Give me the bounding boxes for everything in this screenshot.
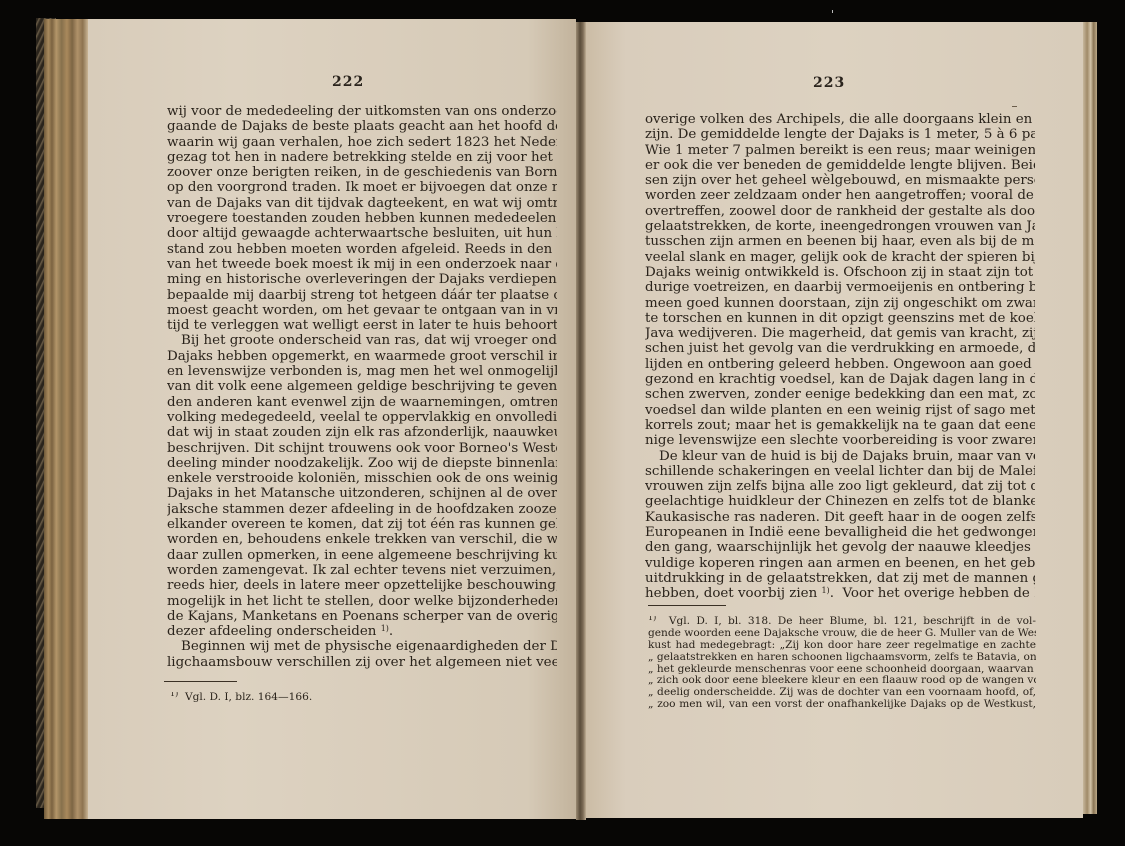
text-line: tusschen zijn armen en beenen bij haar, … [645,234,1035,249]
text-line: den gang, waarschijnlijk het gevolg der … [645,540,1035,555]
paper-speck [832,10,833,13]
text-line: waarin wij gaan verhalen, hoe zich seder… [167,135,557,150]
text-line: schen zwerven, zonder eenige bedekking d… [645,387,1035,402]
footnote-text: Vgl. D. I, bl. 318. De heer Blume, bl. 1… [669,616,1036,627]
footnote-line: 1) Vgl. D. I, bl. 318. De heer Blume, bl… [648,616,1036,628]
footnote-line: „ gelaatstrekken en haren schoonen ligch… [648,652,1036,664]
page-edges-right [1083,22,1097,814]
text-line: overige volken des Archipels, die alle d… [645,112,1035,127]
footnote-line: 1) Vgl. D. I, blz. 164—166. [170,692,370,704]
text-line: door altijd gewaagde achterwaartsche bes… [167,226,557,241]
footnote-line: kust had medegebragt: „Zij kon door hare… [648,640,1036,652]
text-line: op den voorgrond traden. Ik moet er bijv… [167,180,557,195]
text-line: meen goed kunnen doorstaan, zijn zij ong… [645,296,1035,311]
footnote-marker: 1) [648,616,656,622]
text-line: worden zeer zeldzaam onder hen aangetrof… [645,188,1035,203]
footnote-divider [648,605,726,606]
right-footnote: 1) Vgl. D. I, bl. 318. De heer Blume, bl… [648,616,1036,711]
text-line: er ook die ver beneden de gemiddelde len… [645,158,1035,173]
right-page-body: overige volken des Archipels, die alle d… [645,112,1035,602]
text-line: volking medegedeeld, veelal te oppervlak… [167,410,557,425]
footnote-line: „ zoo men wil, van een vorst der onafhan… [648,699,1036,711]
text-line: Bij het groote onderscheid van ras, dat … [167,333,557,348]
footnote-marker: 1) [170,692,178,698]
page-number-right: 223 [813,75,845,91]
text-line: enkele verstrooide koloniën, misschien o… [167,471,557,486]
text-line: te torschen en kunnen in dit opzigt geen… [645,311,1035,326]
text-line: van het tweede boek moest ik mij in een … [167,257,557,272]
text-line: elkander overeen te komen, dat zij tot é… [167,517,557,532]
text-line: Europeanen in Indië eene bevalligheid di… [645,525,1035,540]
text-segment: hebben, doet voorbij zien [645,586,817,601]
paper-speck [1012,106,1017,107]
text-line: De kleur van de huid is bij de Dajaks br… [645,449,1035,464]
text-line: dezer afdeeling onderscheiden 1). [167,624,557,639]
text-line: den anderen kant evenwel zijn de waarnem… [167,395,557,410]
text-segment: Voor het overige hebben de Dajaks [842,586,1035,601]
text-segment: . [389,624,393,639]
text-line: korrels zout; maar het is gemakkelijk na… [645,418,1035,433]
text-line: voedsel dan wilde planten en een weinig … [645,403,1035,418]
text-line: lijden en ontbering geleerd hebben. Onge… [645,357,1035,372]
page-number-left: 222 [332,74,364,90]
text-line: vrouwen zijn zelfs bijna alle zoo ligt g… [645,479,1035,494]
text-line: Wie 1 meter 7 palmen bereikt is een reus… [645,143,1035,158]
text-line: zoover onze berigten reiken, in de gesch… [167,165,557,180]
text-line: Kaukasische ras naderen. Dit geeft haar … [645,510,1035,525]
text-line: gezond en krachtig voedsel, kan de Dajak… [645,372,1035,387]
text-line: schen juist het gevolg van die verdrukki… [645,341,1035,356]
text-line: mogelijk in het licht te stellen, door w… [167,594,557,609]
text-line: worden en, behoudens enkele trekken van … [167,532,557,547]
text-line: Dajaks in het Matansche uitzonderen, sch… [167,486,557,501]
text-line: hebben, doet voorbij zien 1). Voor het o… [645,586,1035,601]
text-segment: dezer afdeeling onderscheiden [167,624,376,639]
book-gutter [576,22,586,820]
text-line: ligchaamsbouw verschillen zij over het a… [167,655,557,670]
text-line: gaande de Dajaks de beste plaats geacht … [167,119,557,134]
text-line: ming en historische overleveringen der D… [167,272,557,287]
text-line: van dit volk eene algemeen geldige besch… [167,379,557,394]
text-line: Dajaks weinig ontwikkeld is. Ofschoon zi… [645,265,1035,280]
text-line: vroegere toestanden zouden hebben kunnen… [167,211,557,226]
text-line: van de Dajaks van dit tijdvak dagteekent… [167,196,557,211]
text-line: Beginnen wij met de physische eigenaardi… [167,639,557,654]
text-line: sen zijn over het geheel wèlgebouwd, en … [645,173,1035,188]
text-line: Dajaks hebben opgemerkt, en waarmede gro… [167,349,557,364]
text-line: overtreffen, zoowel door de rankheid der… [645,204,1035,219]
text-line: beschrijven. Dit schijnt trouwens ook vo… [167,441,557,456]
text-line: vuldige koperen ringen aan armen en been… [645,556,1035,571]
text-line: schillende schakeringen en veelal lichte… [645,464,1035,479]
text-line: wij voor de mededeeling der uitkomsten v… [167,104,557,119]
footnote-divider [164,681,237,682]
text-line: bepaalde mij daarbij streng tot hetgeen … [167,288,557,303]
footnote-line: „ deelig onderscheidde. Zij was de docht… [648,687,1036,699]
footnote-line: gende woorden eene Dajaksche vrouw, die … [648,628,1036,640]
text-line: reeds hier, deels in latere meer opzette… [167,578,557,593]
footnote-line: „ zich ook door eene bleekere kleur en e… [648,675,1036,687]
page-edges-left [44,19,88,819]
text-line: uitdrukking in de gelaatstrekken, dat zi… [645,571,1035,586]
text-line: gelaatstrekken, de korte, ineengedrongen… [645,219,1035,234]
text-line: Java wedijveren. Die magerheid, dat gemi… [645,326,1035,341]
text-line: dat wij in staat zouden zijn elk ras afz… [167,425,557,440]
text-line: gezag tot hen in nadere betrekking steld… [167,150,557,165]
text-line: de Kajans, Manketans en Poenans scherper… [167,609,557,624]
text-line: moest geacht worden, om het gevaar te on… [167,303,557,318]
text-line: zijn. De gemiddelde lengte der Dajaks is… [645,127,1035,142]
text-line: nige levenswijze een slechte voorbereidi… [645,433,1035,448]
left-footnote: 1) Vgl. D. I, blz. 164—166. [170,692,370,704]
text-line: daar zullen opmerken, in eene algemeene … [167,548,557,563]
text-line: stand zou hebben moeten worden afgeleid.… [167,242,557,257]
text-line: geelachtige huidkleur der Chinezen en ze… [645,494,1035,509]
footnote-marker: 1) [821,586,829,595]
footnote-line: „ het gekleurde menschenras voor eene sc… [648,664,1036,676]
text-line: en levenswijze verbonden is, mag men het… [167,364,557,379]
text-line: deeling minder noodzakelijk. Zoo wij de … [167,456,557,471]
open-book-scan: 222 wij voor de mededeeling der uitkomst… [0,0,1125,846]
text-line: tijd te verleggen wat welligt eerst in l… [167,318,557,333]
left-page-body: wij voor de mededeeling der uitkomsten v… [167,104,557,670]
text-line: durige voetreizen, en daarbij vermoeijen… [645,280,1035,295]
text-line: worden zamengevat. Ik zal echter tevens … [167,563,557,578]
text-line: veelal slank en mager, gelijk ook de kra… [645,250,1035,265]
text-line: jaksche stammen dezer afdeeling in de ho… [167,502,557,517]
footnote-text: Vgl. D. I, blz. 164—166. [185,692,312,703]
footnote-marker: 1) [381,624,389,633]
